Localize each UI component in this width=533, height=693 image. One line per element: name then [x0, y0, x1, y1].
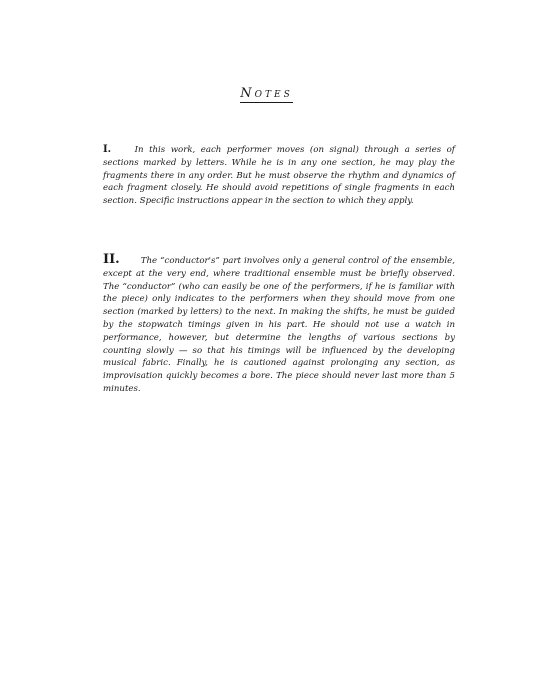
section-text: The “conductor's” part involves only a g… — [103, 256, 455, 394]
note-section-1: I. In this work, each performer moves (o… — [103, 144, 455, 208]
section-numeral: II. — [103, 252, 120, 267]
page-title: Notes — [0, 86, 533, 101]
section-numeral: I. — [103, 144, 111, 155]
section-text: In this work, each performer moves (on s… — [103, 145, 455, 206]
note-section-2: II. The “conductor's” part involves only… — [103, 254, 455, 396]
page-title-text: Notes — [240, 86, 293, 103]
